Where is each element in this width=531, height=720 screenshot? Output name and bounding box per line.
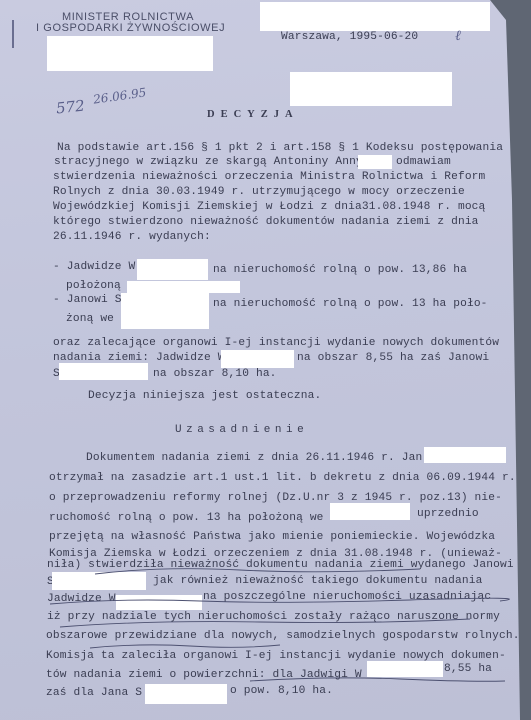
document-page: MINISTER ROLNICTWA I GOSPODARKI ŻYWNOŚCI… bbox=[0, 0, 524, 720]
handwritten-underlines bbox=[0, 0, 531, 720]
